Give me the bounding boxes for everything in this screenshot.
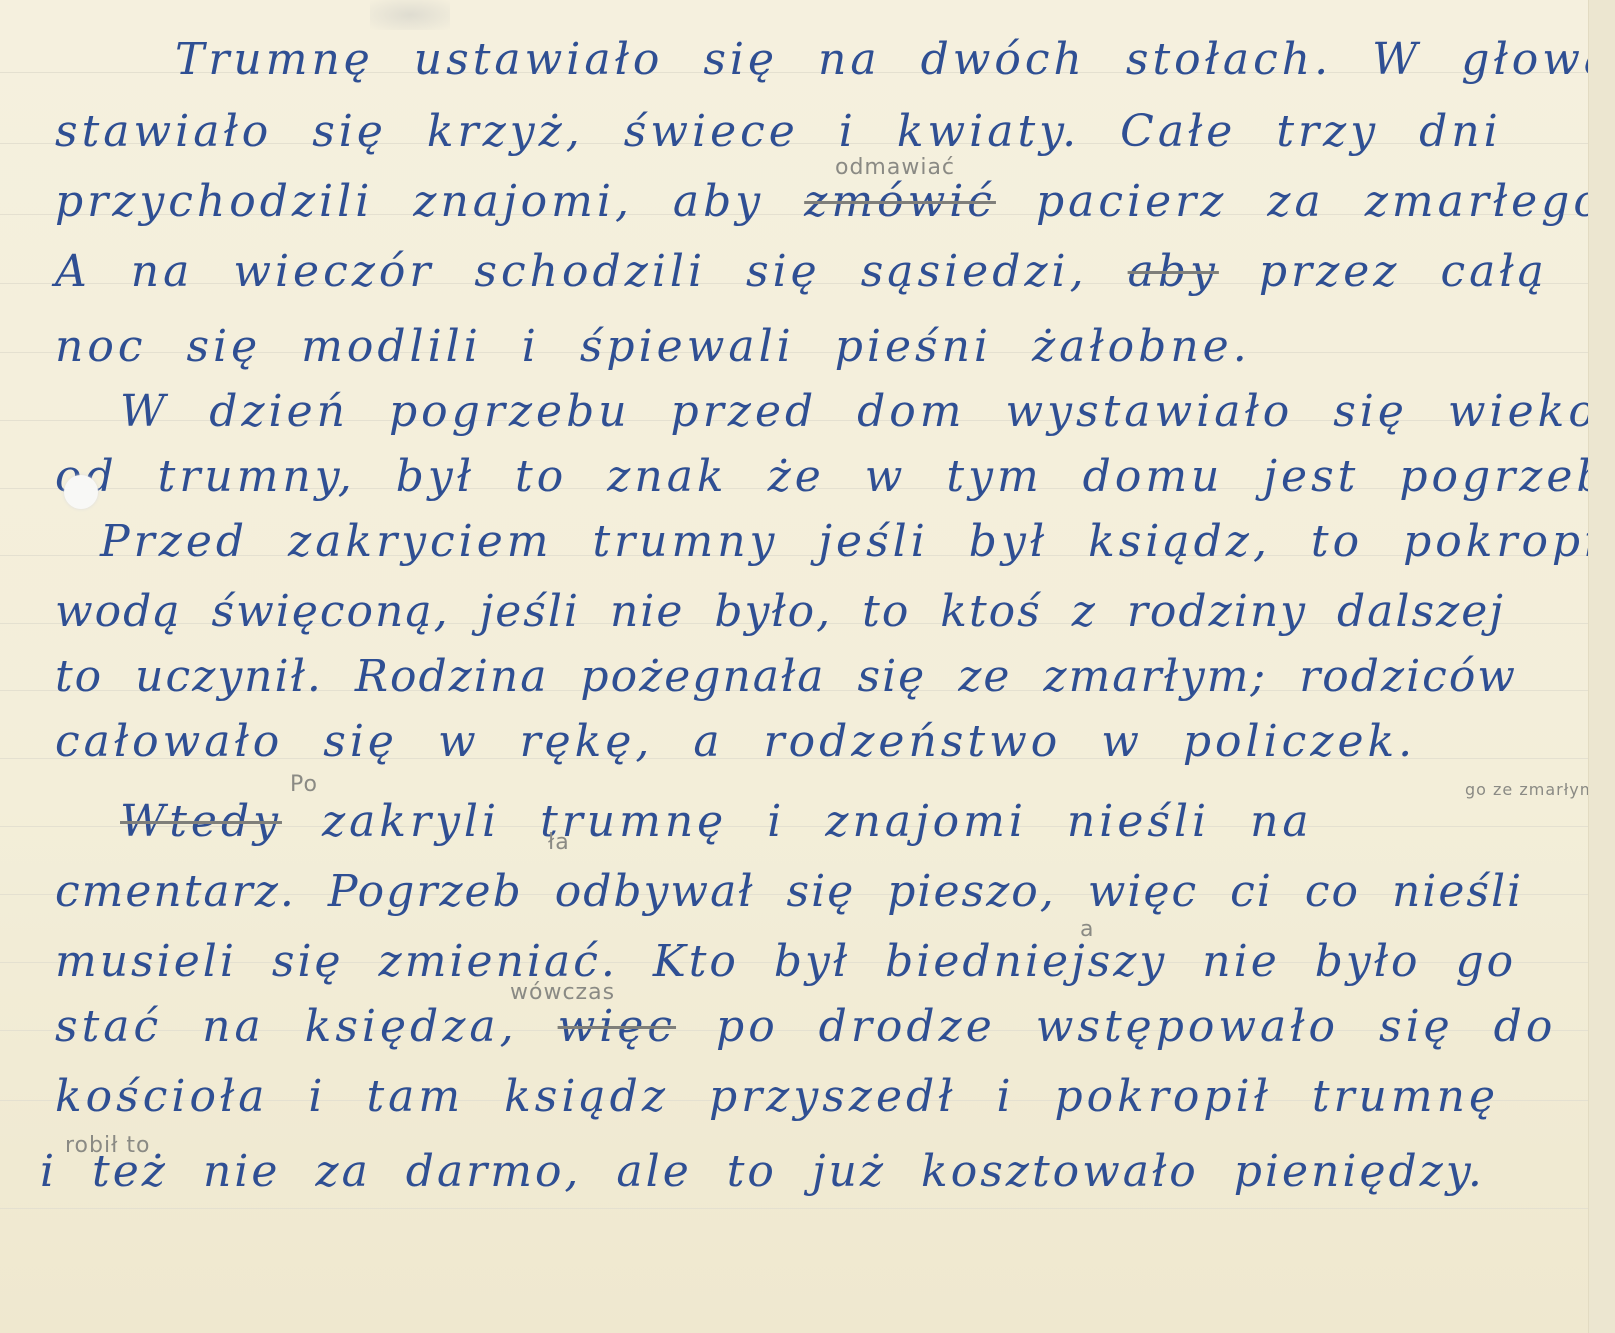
text-line: W dzień pogrzebu przed dom wystawiało si…	[120, 390, 1599, 434]
text-line: stawiało się krzyż, świece i kwiaty. Cał…	[55, 110, 1502, 154]
line-text: stawiało się krzyż, świece i kwiaty. Cał…	[55, 106, 1502, 157]
line-text: cmentarz. Pogrzeb odbywał się pieszo, wi…	[55, 866, 1523, 917]
line-text: stać na księdza,	[55, 1001, 518, 1052]
line-text: zakryli trumnę i znajomi nieśli na	[322, 796, 1313, 847]
pencil-annotation: ła	[548, 830, 570, 855]
ruled-line	[0, 1208, 1588, 1209]
line-text: i też nie za darmo, ale to już kosztował…	[40, 1146, 1485, 1197]
struck-word: aby	[1128, 246, 1219, 297]
pencil-annotation: a	[1080, 917, 1094, 942]
line-text: Przed zakryciem trumny jeśli był ksiądz,…	[100, 516, 1615, 567]
line-text: wodą święconą, jeśli nie było, to ktoś z…	[55, 586, 1505, 637]
text-line: kościoła i tam ksiądz przyszedł i pokrop…	[55, 1075, 1499, 1119]
text-line: wodą święconą, jeśli nie było, to ktoś z…	[55, 590, 1505, 634]
text-line: musieli się zmieniać. Kto był biedniejsz…	[55, 940, 1516, 984]
line-text: po drodze wstępowało się do	[716, 1001, 1556, 1052]
text-line: od trumny, był to znak że w tym domu jes…	[55, 455, 1615, 499]
text-line: stać na księdza, więc po drodze wstępowa…	[55, 1005, 1556, 1049]
line-text: przychodzili znajomi, aby	[55, 176, 764, 227]
line-text: to uczynił. Rodzina pożegnała się ze zma…	[55, 651, 1517, 702]
line-text: Trumnę ustawiało się na dwóch stołach. W…	[175, 34, 1615, 85]
text-line: przychodzili znajomi, aby zmówić pacierz…	[55, 180, 1615, 224]
struck-word: Wtedy	[120, 796, 282, 847]
punch-hole	[64, 475, 98, 509]
pencil-annotation: Po	[290, 772, 318, 797]
struck-word: zmówić	[804, 176, 996, 227]
struck-word: więc	[558, 1001, 676, 1052]
text-line: Trumnę ustawiało się na dwóch stołach. W…	[175, 38, 1615, 82]
pencil-annotation: wówczas	[510, 980, 615, 1005]
pencil-annotation: robił to	[65, 1133, 150, 1158]
text-line: całowało się w rękę, a rodzeństwo w poli…	[55, 720, 1416, 764]
manuscript-page: Trumnę ustawiało się na dwóch stołach. W…	[0, 0, 1588, 1333]
line-text: pacierz za zmarłego.	[1036, 176, 1615, 227]
text-line: Wtedy zakryli trumnę i znajomi nieśli na	[120, 800, 1313, 844]
pencil-annotation: odmawiać	[835, 155, 955, 180]
text-line: i też nie za darmo, ale to już kosztował…	[40, 1150, 1485, 1194]
line-text: noc się modlili i śpiewali pieśni żałobn…	[55, 321, 1251, 372]
text-line: to uczynił. Rodzina pożegnała się ze zma…	[55, 655, 1517, 699]
line-text: od trumny, był to znak że w tym domu jes…	[55, 451, 1615, 502]
line-text: A na wieczór schodzili się sąsiedzi,	[55, 246, 1088, 297]
text-line: A na wieczór schodzili się sąsiedzi, aby…	[55, 250, 1548, 294]
line-text: musieli się zmieniać. Kto był biedniejsz…	[55, 936, 1516, 987]
text-line: noc się modlili i śpiewali pieśni żałobn…	[55, 325, 1251, 369]
paper-smudge	[370, 0, 450, 30]
text-line: Przed zakryciem trumny jeśli był ksiądz,…	[100, 520, 1615, 564]
page-edge	[1588, 0, 1615, 1333]
text-line: cmentarz. Pogrzeb odbywał się pieszo, wi…	[55, 870, 1523, 914]
line-text: W dzień pogrzebu przed dom wystawiało si…	[120, 386, 1599, 437]
line-text: całowało się w rękę, a rodzeństwo w poli…	[55, 716, 1416, 767]
line-text: przez całą	[1259, 246, 1548, 297]
pencil-annotation: go ze zmarłym	[1465, 780, 1596, 799]
line-text: kościoła i tam ksiądz przyszedł i pokrop…	[55, 1071, 1499, 1122]
